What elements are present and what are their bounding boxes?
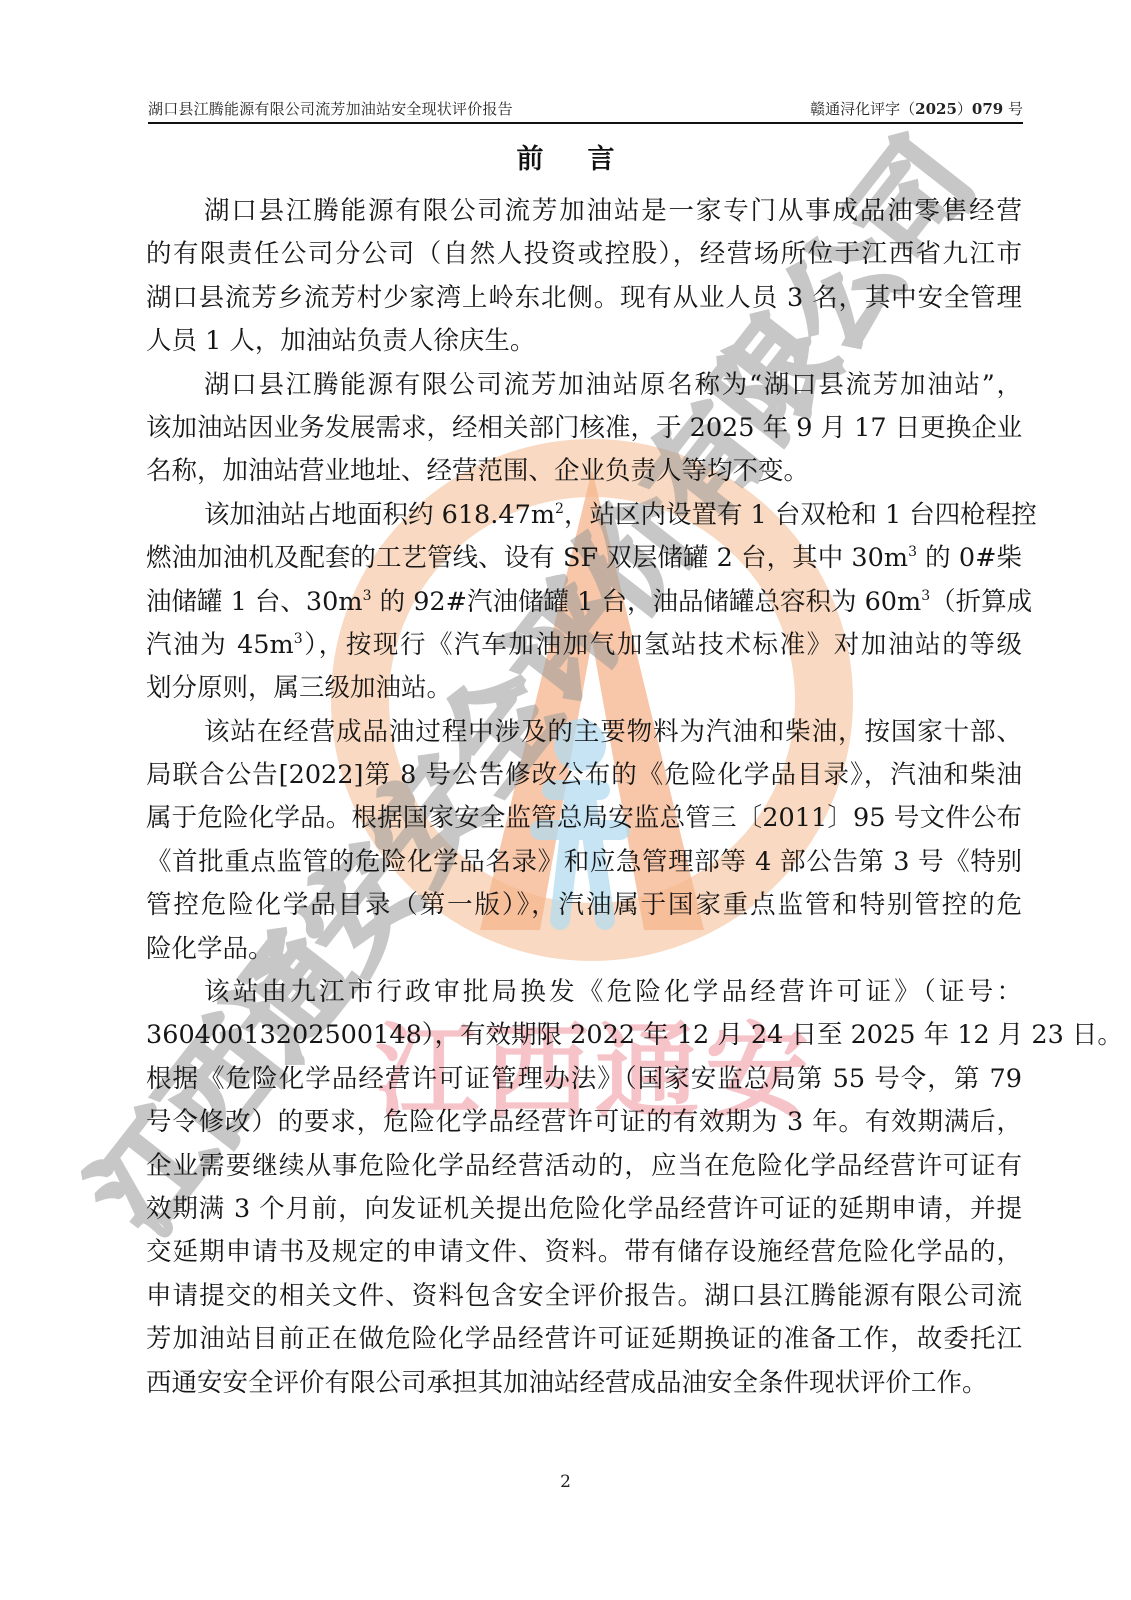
header-divider (148, 122, 1023, 124)
paragraph-line: 局联合公告[2022]第 8 号公告修改公布的《危险化学品目录》，汽油和柴油 (146, 754, 1022, 797)
paragraph-line: 根据《危险化学品经营许可证管理办法》（国家安监总局第 55 号令，第 79 (146, 1058, 1022, 1101)
superscript: 3 (908, 544, 917, 560)
paragraph-line: 交延期申请书及规定的申请文件、资料。带有储存设施经营危险化学品的， (146, 1231, 1022, 1274)
paragraph-line: 号令修改）的要求，危险化学品经营许可证的有效期为 3 年。有效期满后， (146, 1101, 1022, 1144)
paragraph-line: 油储罐 1 台、30m3 的 92#汽油储罐 1 台，油品储罐总容积为 60m3… (146, 581, 1022, 624)
paragraph-line: 芳加油站目前正在做危险化学品经营许可证延期换证的准备工作，故委托江 (146, 1318, 1022, 1361)
document-page: 江西通安 江西通安安全评价有限公司 湖口县江腾能源有限公司流芳加油站安全现状评价… (0, 0, 1131, 1600)
superscript: 3 (921, 588, 930, 604)
paragraph-line: 湖口县江腾能源有限公司流芳加油站原名称为“湖口县流芳加油站”， (146, 364, 1022, 407)
paragraph-line: 《首批重点监管的危险化学品名录》和应急管理部等 4 部公告第 3 号《特别 (146, 841, 1022, 884)
paragraph-line: 36040013202500148），有效期限 2022 年 12 月 24 日… (146, 1014, 1022, 1057)
paragraph-line: 燃油加油机及配套的工艺管线、设有 SF 双层储罐 2 台，其中 30m3 的 0… (146, 537, 1022, 580)
superscript: 3 (363, 588, 372, 604)
paragraph-line: 企业需要继续从事危险化学品经营活动的，应当在危险化学品经营许可证有 (146, 1145, 1022, 1188)
paragraph-line: 管控危险化学品目录（第一版）》，汽油属于国家重点监管和特别管控的危 (146, 884, 1022, 927)
paragraph-line: 该加油站因业务发展需求，经相关部门核准，于 2025 年 9 月 17 日更换企… (146, 407, 1022, 450)
paragraph-line: 西通安安全评价有限公司承担其加油站经营成品油安全条件现状评价工作。 (146, 1362, 1022, 1405)
header-report-title: 湖口县江腾能源有限公司流芳加油站安全现状评价报告 (148, 98, 513, 120)
paragraph-line: 名称，加油站营业地址、经营范围、企业负责人等均不变。 (146, 450, 1022, 493)
paragraph-line: 该站在经营成品油过程中涉及的主要物料为汽油和柴油，按国家十部、 (146, 711, 1022, 754)
paragraph-line: 湖口县流芳乡流芳村少家湾上岭东北侧。现有从业人员 3 名，其中安全管理 (146, 277, 1022, 320)
paragraph-line: 的有限责任公司分公司（自然人投资或控股），经营场所位于江西省九江市 (146, 233, 1022, 276)
paragraph-line: 划分原则，属三级加油站。 (146, 667, 1022, 710)
superscript: 2 (555, 501, 564, 517)
paragraph-line: 该站由九江市行政审批局换发《危险化学品经营许可证》（证号： (146, 971, 1022, 1014)
paragraph-line: 效期满 3 个月前，向发证机关提出危险化学品经营许可证的延期申请，并提 (146, 1188, 1022, 1231)
paragraph-line: 湖口县江腾能源有限公司流芳加油站是一家专门从事成品油零售经营 (146, 190, 1022, 233)
superscript: 3 (294, 631, 303, 647)
document-body: 湖口县江腾能源有限公司流芳加油站是一家专门从事成品油零售经营的有限责任公司分公司… (146, 190, 1022, 1405)
paragraph-line: 申请提交的相关文件、资料包含安全评价报告。湖口县江腾能源有限公司流 (146, 1275, 1022, 1318)
page-number: 2 (0, 1472, 1131, 1492)
paragraph-line: 汽油为 45m3），按现行《汽车加油加气加氢站技术标准》对加油站的等级 (146, 624, 1022, 667)
header-document-number: 赣通浔化评字（2025）079 号 (810, 98, 1023, 120)
paragraph-line: 险化学品。 (146, 928, 1022, 971)
paragraph-line: 属于危险化学品。根据国家安全监管总局安监总管三〔2011〕95 号文件公布 (146, 797, 1022, 840)
page-header: 湖口县江腾能源有限公司流芳加油站安全现状评价报告 赣通浔化评字（2025）079… (148, 98, 1023, 120)
paragraph-line: 人员 1 人，加油站负责人徐庆生。 (146, 320, 1022, 363)
page-title: 前言 (0, 142, 1131, 178)
paragraph-line: 该加油站占地面积约 618.47m2，站区内设置有 1 台双枪和 1 台四枪程控 (146, 494, 1022, 537)
